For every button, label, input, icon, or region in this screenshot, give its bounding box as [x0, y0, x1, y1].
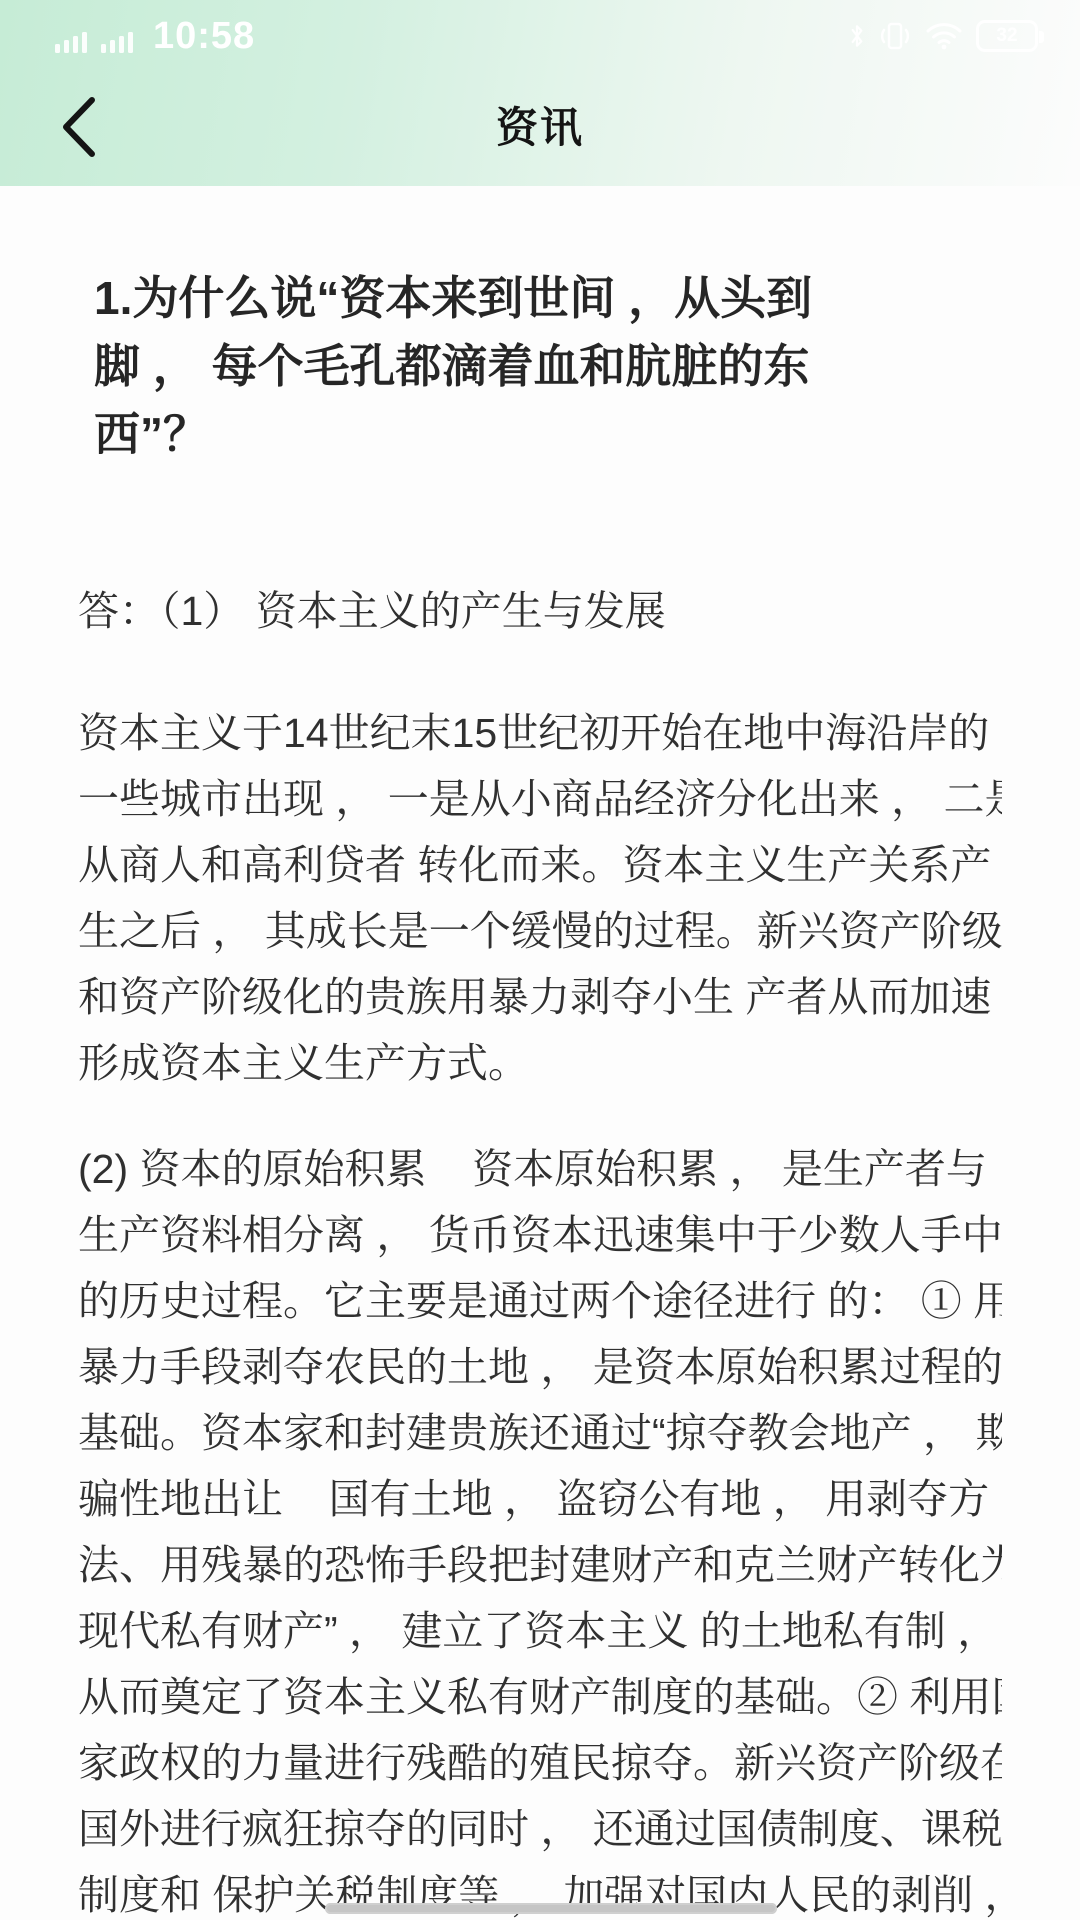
signal-icon	[101, 31, 133, 55]
header: 10:58	[0, 0, 1080, 186]
article-paragraph: (2) 资本的原始积累 资本原始积累 ， 是生产者与 生产资料相分离 ， 货币资…	[78, 1136, 1002, 1920]
battery-icon: 32	[976, 20, 1038, 52]
status-bar: 10:58	[0, 10, 1080, 62]
battery-level: 32	[996, 25, 1017, 47]
scroll-indicator[interactable]	[325, 1903, 777, 1914]
article-paragraph: 资本主义于14世纪末15世纪初开始在地中海沿岸的 一些城市出现 ， 一是从小商品…	[78, 700, 1002, 1096]
answer-lead: 答：（1） 资本主义的产生与发展	[78, 578, 1002, 644]
screen: 10:58	[0, 0, 1080, 1920]
vibrate-icon	[878, 21, 912, 51]
article-content: 1.为什么说“资本来到世间 ，从头到 脚 ， 每个毛孔都滴着血和肮脏的东 西”？…	[0, 186, 1080, 1920]
signal-icon	[55, 31, 87, 55]
wifi-icon	[925, 22, 963, 50]
page-title: 资讯	[0, 64, 1080, 186]
bluetooth-icon	[849, 23, 865, 49]
status-bar-left: 10:58	[55, 17, 255, 55]
article-heading: 1.为什么说“资本来到世间 ，从头到 脚 ， 每个毛孔都滴着血和肮脏的东 西”？	[94, 264, 1002, 468]
clock-time: 10:58	[147, 17, 255, 55]
nav-bar: 资讯	[0, 64, 1080, 186]
status-bar-right: 32	[849, 20, 1038, 52]
